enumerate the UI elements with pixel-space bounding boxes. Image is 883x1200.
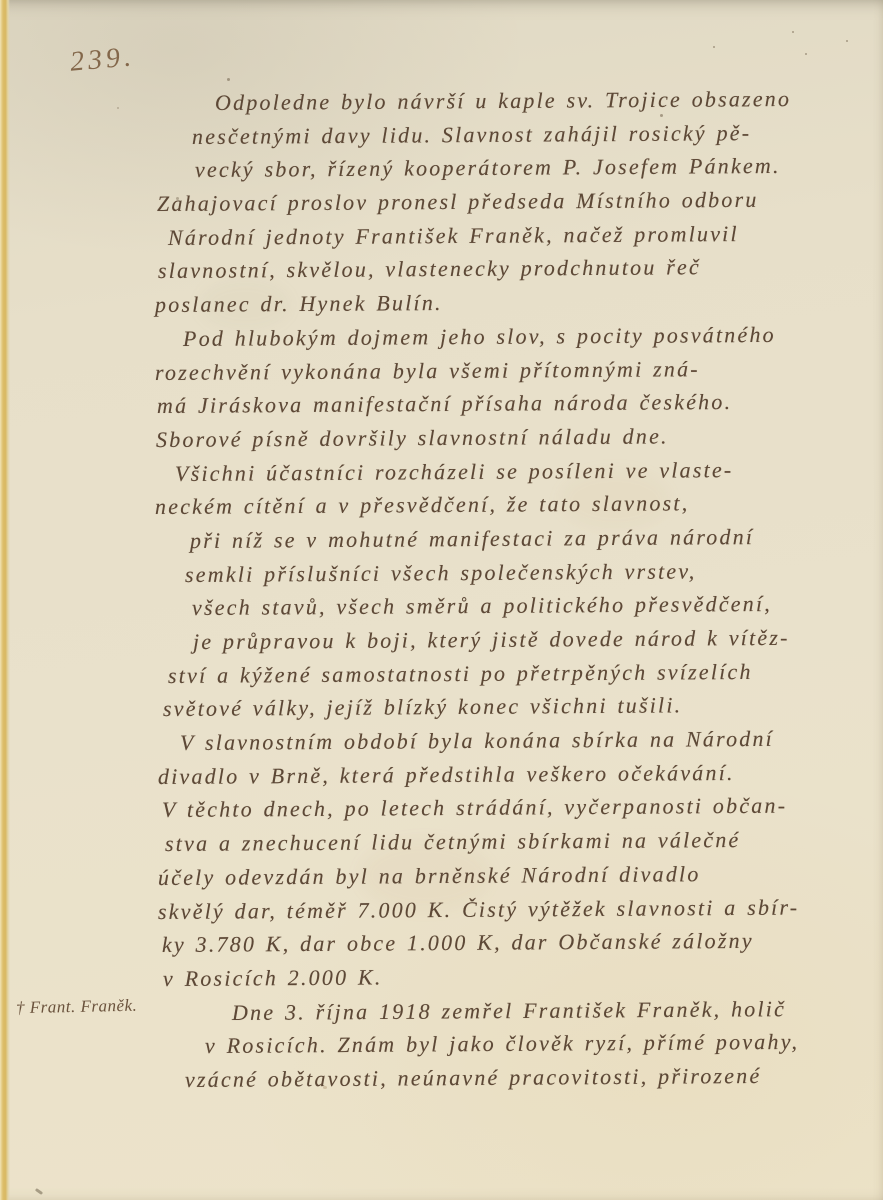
manuscript-line: skvělý dar, téměř 7.000 K. Čistý výtěžek… (158, 889, 883, 928)
manuscript-line: Odpoledne bylo návrší u kaple sv. Trojic… (215, 81, 883, 119)
manuscript-line: neckém cítění a v přesvědčení, že tato s… (155, 485, 883, 524)
manuscript-line: Zahajovací proslov pronesl předseda Míst… (157, 182, 883, 221)
paper-speck (805, 53, 807, 55)
manuscript-line: V těchto dnech, po letech strádání, vyče… (162, 788, 883, 827)
manuscript-line: Dne 3. října 1918 zemřel František Franě… (232, 991, 883, 1029)
manuscript-line: divadlo v Brně, která předstihla veškero… (158, 755, 883, 794)
manuscript-line: stva a znechucení lidu četnými sbírkami … (165, 822, 883, 861)
manuscript-line: semkli příslušníci všech společenských v… (185, 553, 883, 592)
manuscript-line: V slavnostním období byla konána sbírka … (180, 721, 883, 760)
manuscript-line: vecký sbor, řízený kooperátorem P. Josef… (195, 149, 883, 187)
paper-speck (227, 78, 230, 81)
manuscript-line: Pod hlubokým dojmem jeho slov, s pocity … (183, 317, 883, 356)
page-number: 239. (69, 41, 137, 79)
manuscript-line: při níž se v mohutné manifestaci za práv… (190, 519, 883, 558)
manuscript-line: účely odevzdán byl na brněnské Národní d… (158, 856, 883, 895)
manuscript-text: Odpoledne bylo návrší u kaple sv. Trojic… (0, 86, 883, 1097)
paper-speck (846, 40, 848, 42)
manuscript-line: světové války, jejíž blízký konec všichn… (163, 687, 883, 726)
manuscript-line: rozechvění vykonána byla všemi přítomným… (155, 350, 883, 389)
manuscript-line: slavnostní, skvělou, vlastenecky prodchn… (158, 249, 883, 288)
manuscript-line: v Rosicích 2.000 K. (163, 957, 883, 996)
paper-speck (117, 107, 119, 109)
manuscript-line: je průpravou k boji, který jistě dovede … (193, 620, 883, 659)
manuscript-line: Sborové písně dovršily slavnostní náladu… (156, 418, 883, 457)
paper-speck (35, 1188, 43, 1195)
paper-speck (176, 197, 179, 200)
paper-speck (792, 31, 794, 33)
manuscript-line: všech stavů, všech směrů a politického p… (192, 586, 883, 625)
paper-speck (323, 1086, 327, 1089)
manuscript-page: 239. † Frant. Franěk. Odpoledne bylo náv… (0, 0, 883, 1200)
paper-speck (660, 114, 663, 117)
manuscript-line: v Rosicích. Znám byl jako člověk ryzí, p… (205, 1025, 883, 1063)
manuscript-line: poslanec dr. Hynek Bulín. (155, 283, 883, 322)
manuscript-line: vzácné obětavosti, neúnavné pracovitosti… (185, 1058, 883, 1097)
manuscript-line: má Jiráskova manifestační přísaha národa… (157, 384, 883, 423)
manuscript-line: ství a kýžené samostatnosti po přetrpěný… (168, 654, 883, 693)
manuscript-line: Všichni účastníci rozcházeli se posíleni… (175, 452, 883, 491)
manuscript-line: Národní jednoty František Franěk, načež … (168, 216, 883, 255)
manuscript-line: ky 3.780 K, dar obce 1.000 K, dar Občans… (162, 923, 883, 962)
manuscript-line: nesčetnými davy lidu. Slavnost zahájil r… (192, 115, 883, 154)
paper-speck (713, 46, 715, 48)
